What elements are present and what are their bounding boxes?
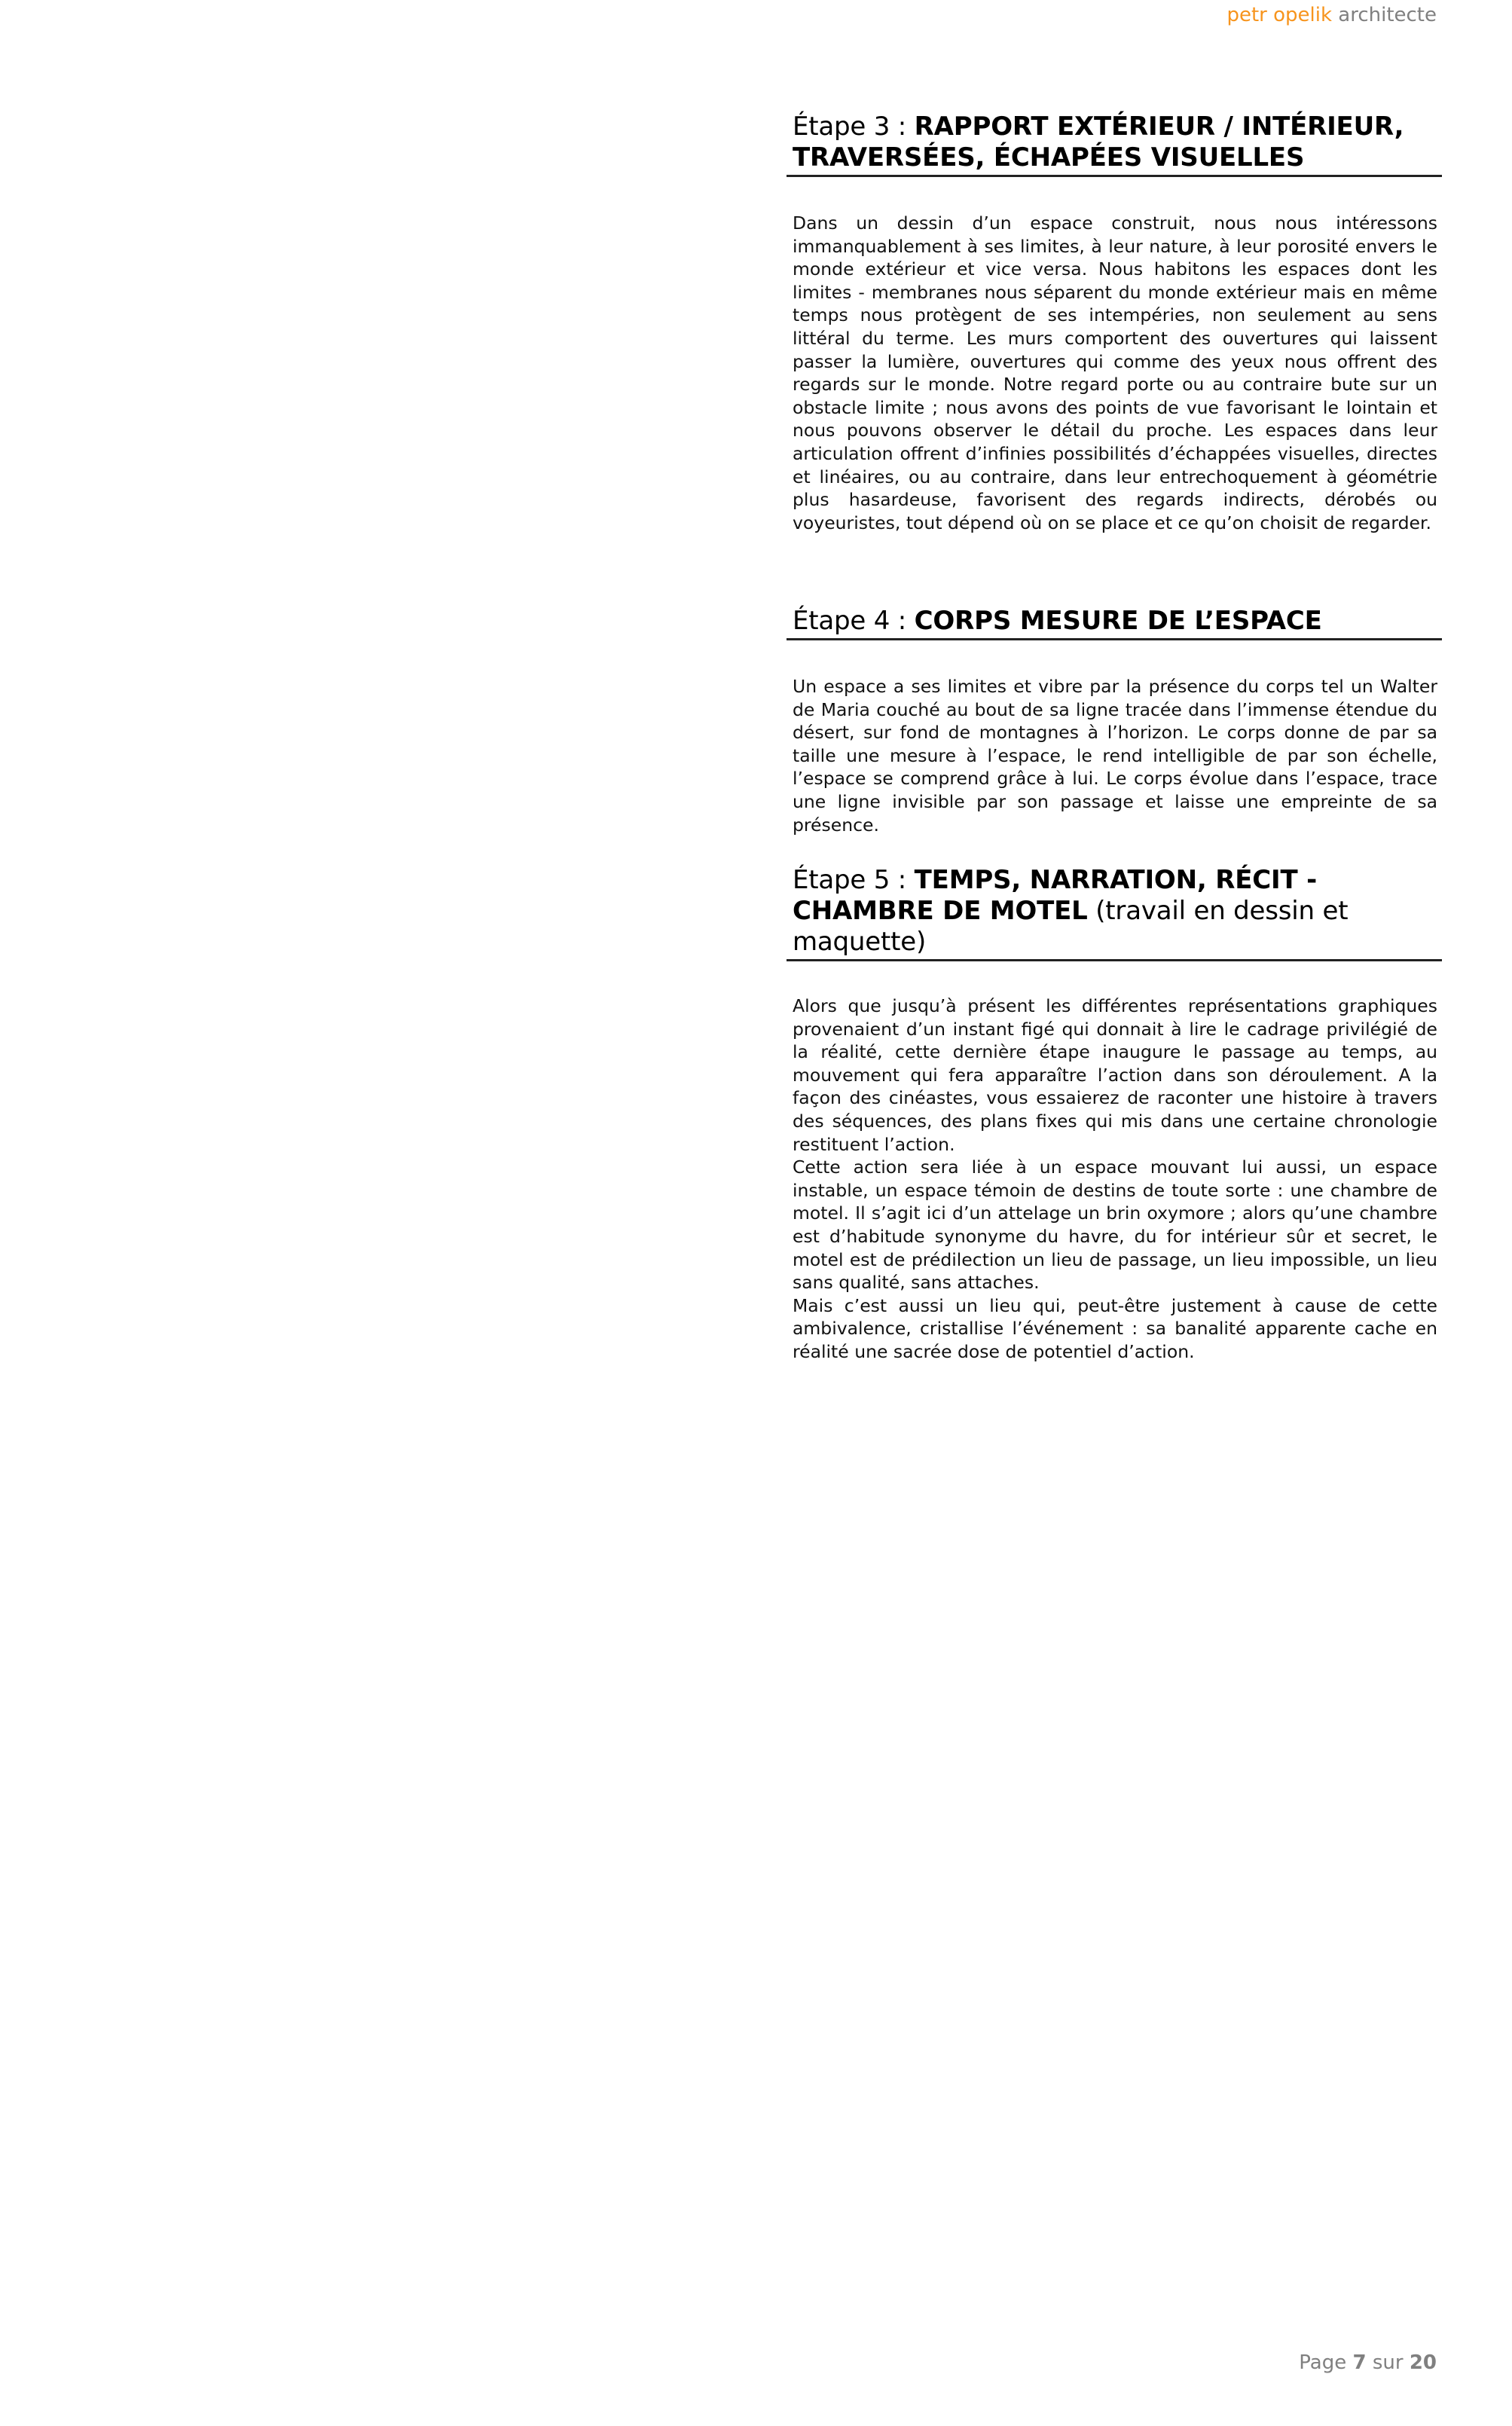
section-heading: Étape 5 : TEMPS, NARRATION, RÉCIT - CHAM…	[787, 865, 1442, 961]
heading-prefix: Étape 4 :	[793, 606, 915, 636]
section-body: Dans un dessin d’un espace construit, no…	[787, 212, 1442, 534]
page-footer: Page 7 sur 20	[1299, 2349, 1437, 2376]
brand-role: architecte	[1338, 4, 1437, 26]
total-pages-number: 20	[1410, 2351, 1437, 2374]
paragraph: Cette action sera liée à un espace mouva…	[793, 1156, 1437, 1294]
page-header: petr opelik architecte	[1226, 2, 1437, 29]
page-label: Page	[1299, 2351, 1346, 2374]
section-etape-3: Étape 3 : RAPPORT EXTÉRIEUR / INTÉRIEUR,…	[787, 112, 1442, 534]
paragraph: Mais c’est aussi un lieu qui, peut-être …	[793, 1294, 1437, 1364]
section-body: Alors que jusqu’à présent les différente…	[787, 995, 1442, 1364]
paragraph: Alors que jusqu’à présent les différente…	[793, 995, 1437, 1156]
section-heading: Étape 4 : CORPS MESURE DE L’ESPACE	[787, 606, 1442, 640]
section-etape-5: Étape 5 : TEMPS, NARRATION, RÉCIT - CHAM…	[787, 865, 1442, 1364]
section-etape-4: Étape 4 : CORPS MESURE DE L’ESPACE Un es…	[787, 606, 1442, 836]
current-page-number: 7	[1352, 2351, 1366, 2374]
page-separator: sur	[1373, 2351, 1404, 2374]
paragraph: Un espace a ses limites et vibre par la …	[793, 675, 1437, 836]
heading-prefix: Étape 3 :	[793, 112, 915, 142]
section-heading: Étape 3 : RAPPORT EXTÉRIEUR / INTÉRIEUR,…	[787, 112, 1442, 177]
heading-prefix: Étape 5 :	[793, 865, 915, 895]
brand-name: petr opelik	[1226, 4, 1332, 26]
heading-title: CORPS MESURE DE L’ESPACE	[915, 606, 1322, 636]
section-body: Un espace a ses limites et vibre par la …	[787, 675, 1442, 836]
paragraph: Dans un dessin d’un espace construit, no…	[793, 212, 1437, 534]
